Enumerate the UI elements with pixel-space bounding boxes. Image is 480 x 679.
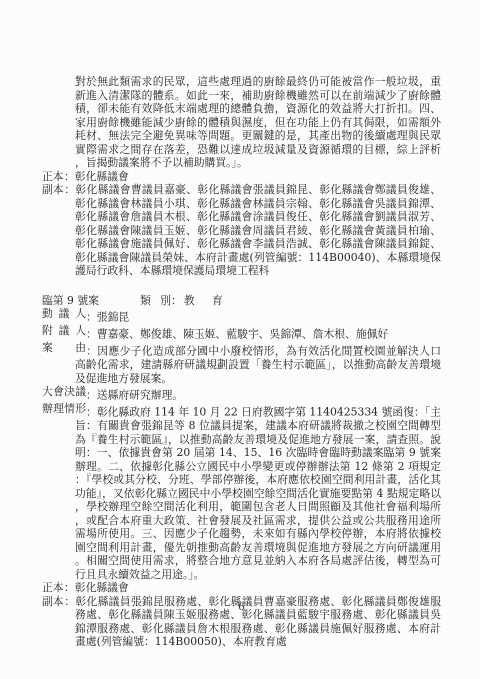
previous-case-original-recipient-row: 正本：彰化縣議會	[42, 170, 441, 184]
copy-recipients-label: 副本	[42, 183, 64, 197]
original-recipient-value: 彰化縣議會	[75, 170, 129, 183]
original-recipient-label: 正本	[42, 170, 64, 184]
mover-row: 動議人：張錦昆	[42, 307, 441, 324]
category-value: 教 育	[184, 294, 223, 307]
label-colon: ：	[86, 328, 97, 341]
original-recipient-label: 正本	[42, 581, 64, 595]
case-header-row: 臨第 9 號案 類 別：教 育	[42, 294, 441, 308]
subject-label: 案由	[42, 341, 86, 355]
seconders-label: 附議人	[42, 324, 86, 338]
label-colon: ：	[64, 170, 75, 183]
handling-status-row: 辦理情形：彰化縣政府 114 年 10 月 22 日府教國字第 11404253…	[42, 402, 441, 581]
document-page: 對於無此類需求的民眾，這些處理過的廚餘最終仍可能被當作一般垃圾，重新進入清潔隊的…	[0, 0, 480, 679]
label-colon: ：	[86, 311, 97, 324]
seconders-row: 附議人：曹嘉豪、鄭俊雄、陳玉姬、藍駿宇、吳錦潭、詹木根、施佩好	[42, 324, 441, 341]
label-colon: ：	[86, 406, 97, 419]
page-number: 6	[42, 601, 441, 615]
subject-row: 案由：因應少子化造成部分國中小廢校情形，為有效活化閒置校園並解決人口高齡化需求，…	[42, 341, 441, 385]
label-colon: ：	[171, 294, 182, 307]
resolution-label: 大會決議	[42, 385, 86, 399]
handling-status-label: 辦理情形	[42, 402, 86, 416]
case9-original-recipient-row: 正本：彰化縣議會	[42, 581, 441, 595]
case-number: 臨第 9 號案	[42, 294, 99, 308]
label-colon: ：	[64, 581, 75, 594]
subject-value: 因應少子化造成部分國中小廢校情形，為有效活化閒置校園並解決人口高齡化需求，建請縣…	[75, 345, 441, 385]
label-colon: ：	[86, 345, 97, 358]
previous-case-continuation-paragraph: 對於無此類需求的民眾，這些處理過的廚餘最終仍可能被當作一般垃圾，重新進入清潔隊的…	[75, 75, 441, 170]
previous-case-copy-recipients-row: 副本：彰化縣議會曹議員嘉豪、彰化縣議會張議員錦昆、彰化縣議會鄭議員俊雄、彰化縣議…	[42, 183, 441, 278]
copy-recipients-value: 彰化縣議會曹議員嘉豪、彰化縣議會張議員錦昆、彰化縣議會鄭議員俊雄、彰化縣議會林議…	[75, 183, 441, 277]
resolution-value: 送縣府研究辦理。	[97, 389, 183, 402]
handling-status-value: 彰化縣政府 114 年 10 月 22 日府教國字第 1140425334 號函…	[75, 406, 441, 581]
case-category: 類 別：教 育	[140, 294, 223, 308]
resolution-row: 大會決議：送縣府研究辦理。	[42, 385, 441, 402]
mover-value: 張錦昆	[97, 311, 129, 324]
label-colon: ：	[86, 389, 97, 402]
seconders-value: 曹嘉豪、鄭俊雄、陳玉姬、藍駿宇、吳錦潭、詹木根、施佩好	[97, 328, 389, 341]
label-colon: ：	[64, 183, 75, 196]
category-label: 類 別	[140, 294, 171, 307]
mover-label: 動議人	[42, 307, 86, 321]
original-recipient-value: 彰化縣議會	[75, 581, 129, 594]
document-content: 對於無此類需求的民眾，這些處理過的廚餘最終仍可能被當作一般垃圾，重新進入清潔隊的…	[42, 75, 441, 649]
